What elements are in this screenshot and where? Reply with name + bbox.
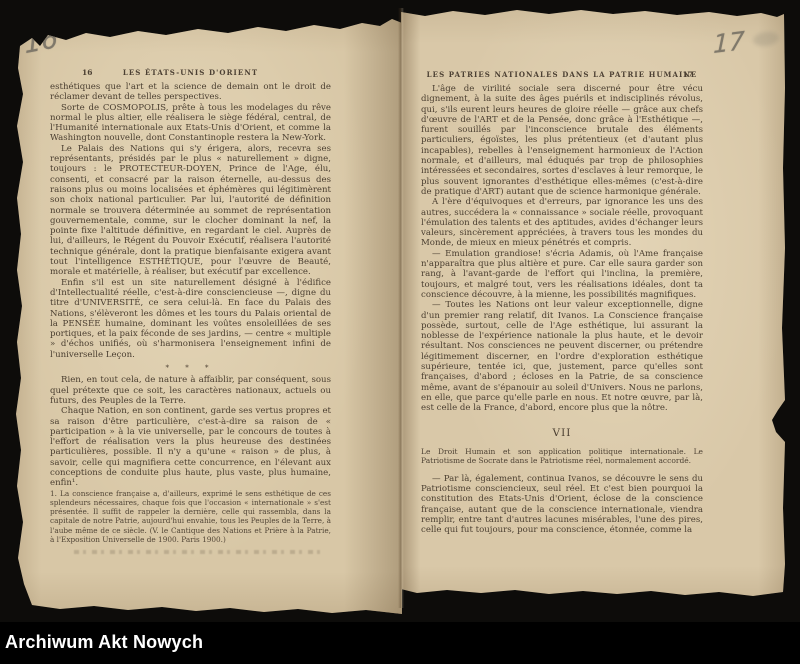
right-page: 17 LES PATRIES NATIONALES DANS LA PATRIE… [401, 8, 785, 608]
page-fold-crease [398, 8, 404, 608]
left-running-title: LES ÉTATS-UNIS D'ORIENT [123, 68, 258, 77]
paragraph: — Emulation grandiose! s'écria Adamis, o… [421, 249, 703, 300]
paragraph: Chaque Nation, en son continent, garde s… [50, 406, 331, 488]
left-running-header: 16 LES ÉTATS-UNIS D'ORIENT [50, 68, 331, 77]
section-subtitle: Le Droit Humain et son application polit… [421, 447, 703, 466]
paragraph: Rien, en tout cela, de nature à affaibli… [50, 375, 331, 406]
paragraph: esthétiques que l'art et la science de d… [50, 82, 331, 103]
right-running-header: LES PATRIES NATIONALES DANS LA PATRIE HU… [421, 70, 703, 79]
left-page: 16 16 LES ÉTATS-UNIS D'ORIENT esthétique… [14, 10, 402, 614]
scanned-spread: 16 16 LES ÉTATS-UNIS D'ORIENT esthétique… [0, 0, 800, 664]
paragraph: Enfin s'il est un site naturellement dés… [50, 278, 331, 360]
section-separator: * * * [50, 363, 331, 373]
pencil-smudge [752, 30, 780, 47]
left-text-column: esthétiques que l'art et la science de d… [50, 82, 331, 544]
paragraph: L'âge de virilité sociale sera discerné … [421, 84, 703, 197]
pencil-page-number-left: 16 [23, 23, 59, 61]
right-page-number: 17 [683, 70, 693, 79]
paragraph: A l'ère d'équivoques et d'erreurs, par i… [421, 197, 703, 248]
paragraph: — Toutes les Nations ont leur valeur exc… [421, 300, 703, 413]
footnote: 1. La conscience française a, d'ailleurs… [50, 489, 331, 545]
ink-bleedthrough [74, 550, 326, 554]
paragraph: — Par là, également, continua Ivanos, se… [421, 474, 703, 536]
section-heading: VII [421, 428, 703, 438]
watermark-label: Archiwum Akt Nowych [0, 622, 800, 662]
watermark-bar: Archiwum Akt Nowych [0, 622, 800, 664]
paragraph: Le Palais des Nations qui s'y érigera, a… [50, 144, 331, 278]
right-text-column: L'âge de virilité sociale sera discerné … [421, 84, 703, 535]
pencil-page-number-right: 17 [713, 26, 745, 59]
paragraph: Sorte de COSMOPOLIS, prête à tous les mo… [50, 103, 331, 144]
left-page-number: 16 [82, 68, 92, 77]
right-running-title: LES PATRIES NATIONALES DANS LA PATRIE HU… [427, 70, 698, 79]
